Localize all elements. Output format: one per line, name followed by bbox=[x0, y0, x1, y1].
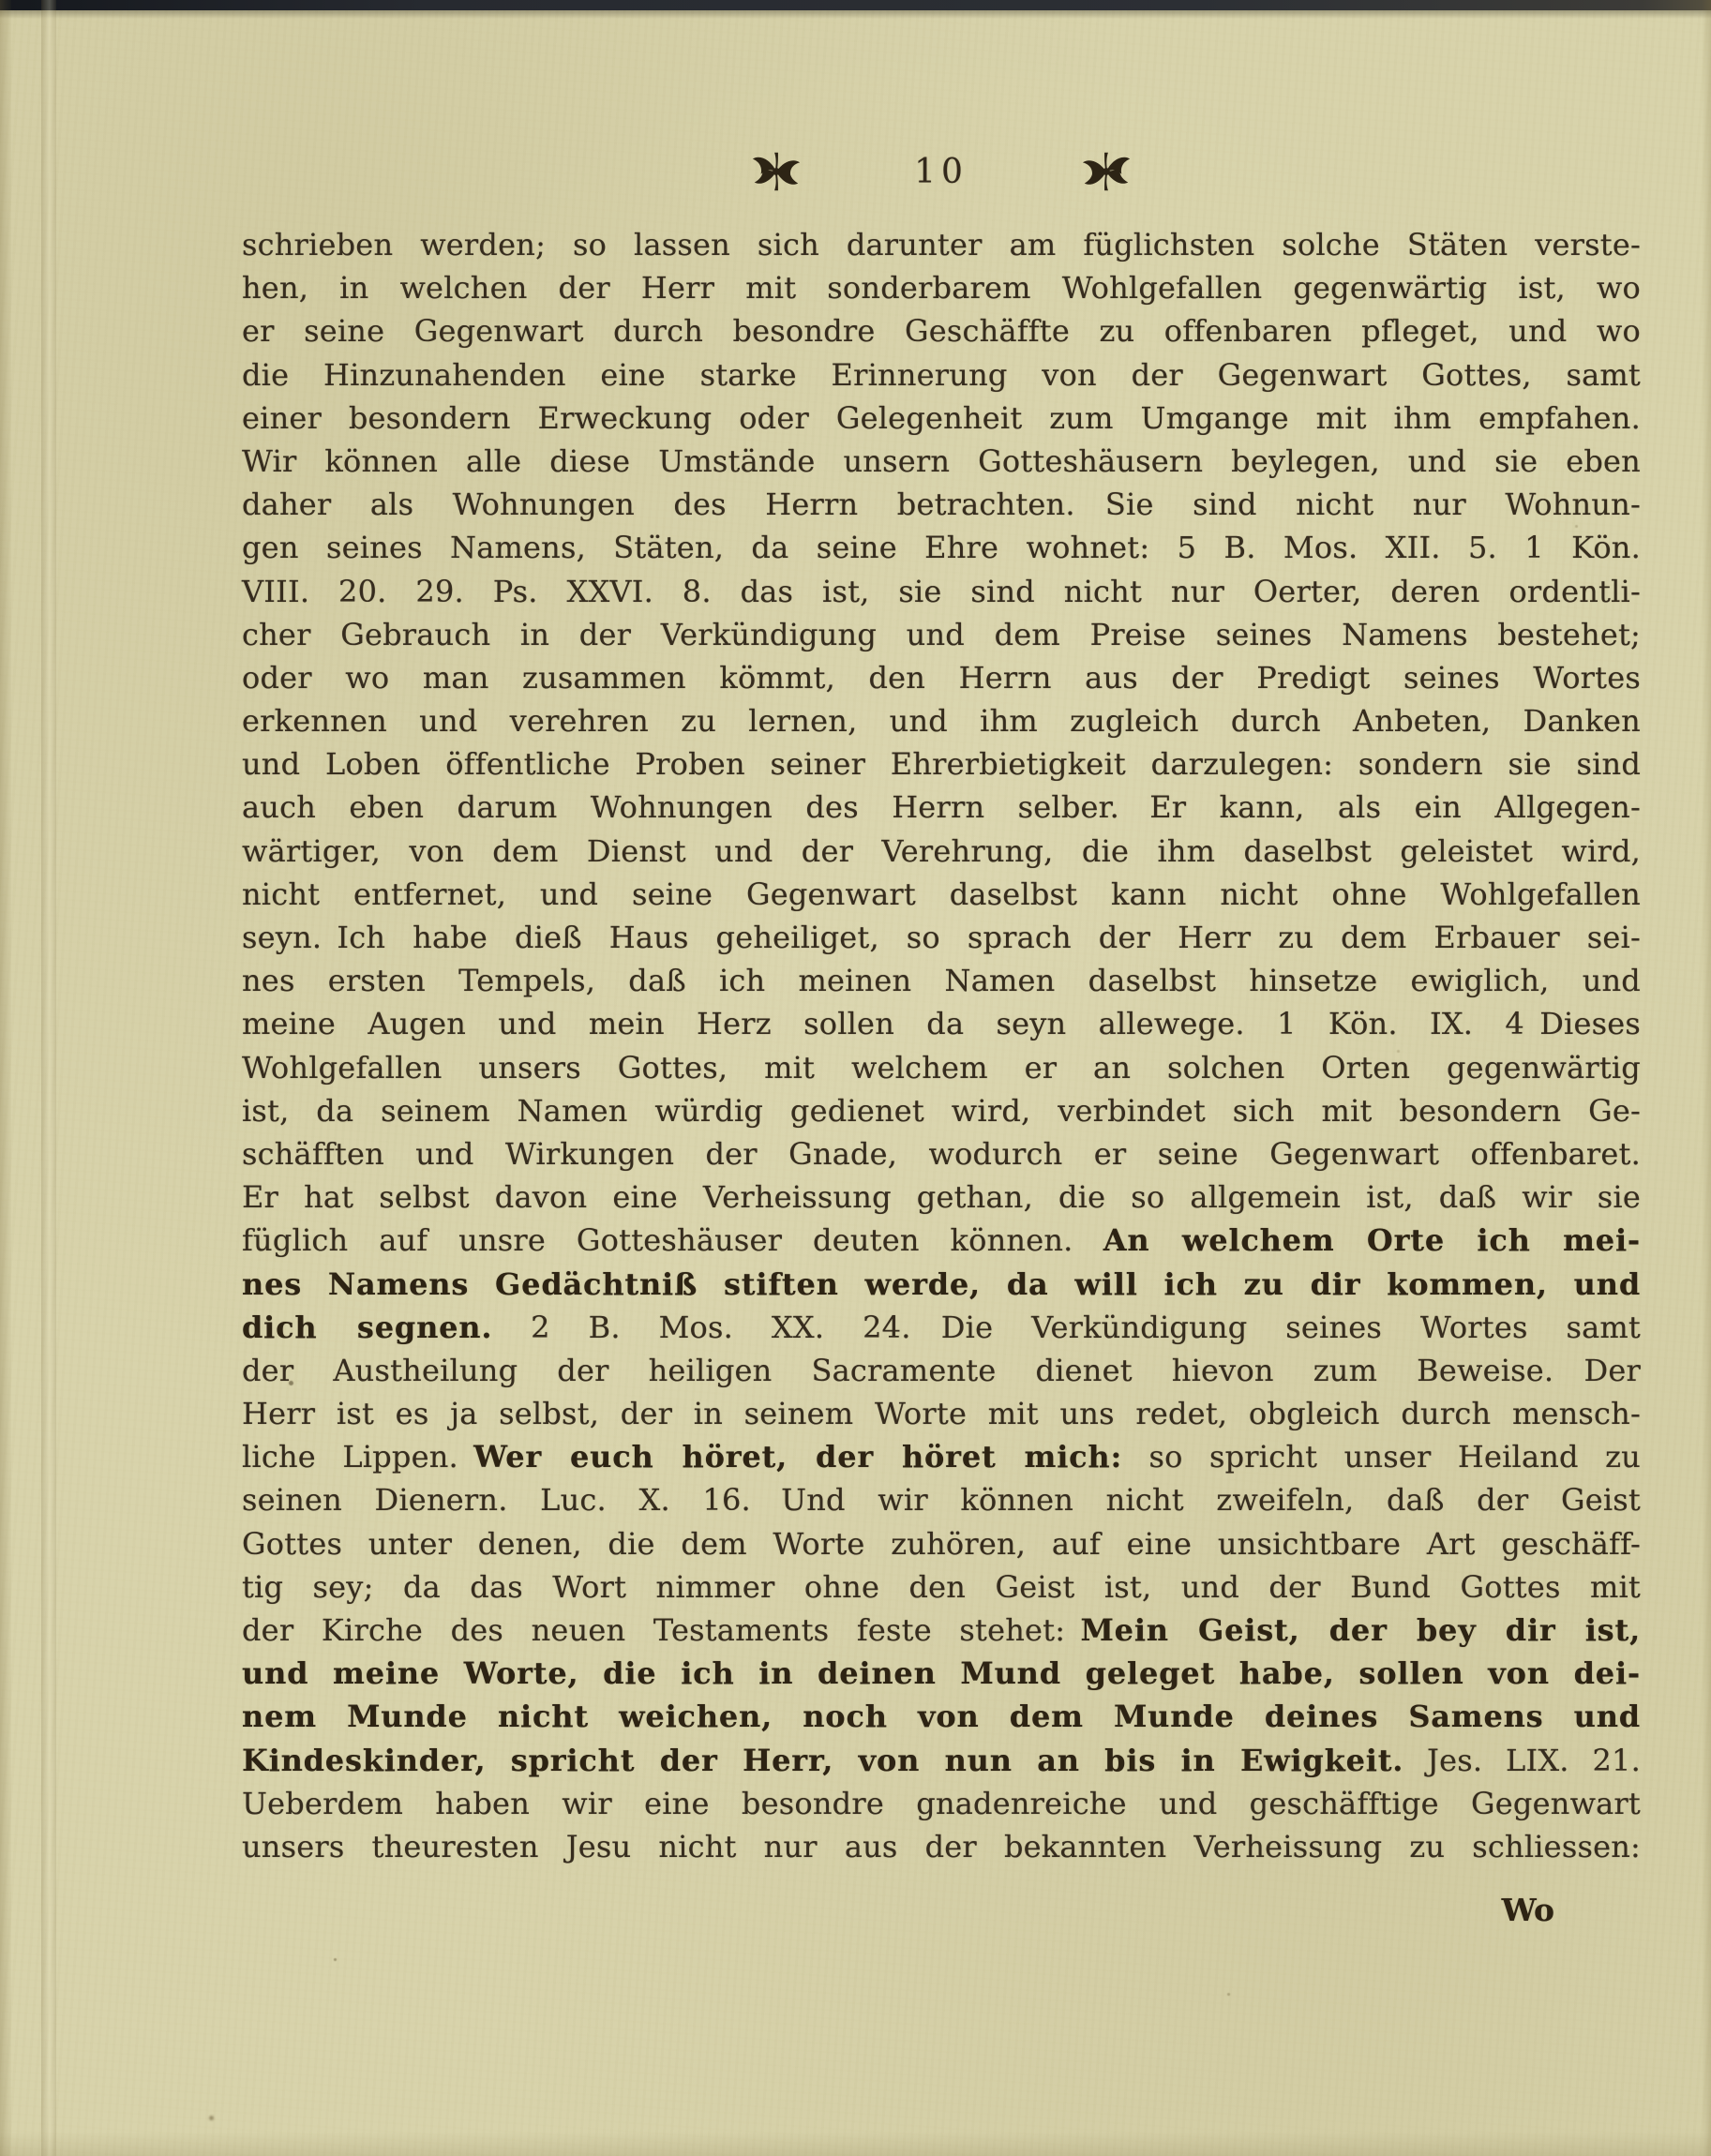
scan-dark-edge bbox=[0, 0, 1711, 10]
text-segment: Ueberdem haben wir eine besondre gnadenr… bbox=[242, 1786, 1641, 1821]
body-text-block: schrieben werden; so lassen sich darunte… bbox=[242, 223, 1641, 1932]
text-segment: auch eben darum Wohnungen des Herrn selb… bbox=[242, 789, 1641, 825]
text-line: unsers theuresten Jesu nicht nur aus der… bbox=[242, 1825, 1641, 1868]
text-segment: Herr ist es ja selbst, der in seinem Wor… bbox=[242, 1396, 1641, 1431]
emphasized-text-segment: und meine Worte, die ich in deinen Mund … bbox=[242, 1655, 1641, 1691]
text-segment: Jes. LIX. 21. bbox=[1403, 1743, 1641, 1778]
text-line: die Hinzunahenden eine starke Erinnerung… bbox=[242, 353, 1641, 397]
text-line: meine Augen und mein Herz sollen da seyn… bbox=[242, 1002, 1641, 1045]
text-segment: schrieben werden; so lassen sich darunte… bbox=[242, 227, 1641, 262]
text-line: der Kirche des neuen Testaments feste st… bbox=[242, 1609, 1641, 1652]
text-segment: Gottes unter denen, die dem Worte zuhöre… bbox=[242, 1526, 1641, 1562]
text-line: liche Lippen. Wer euch höret, der höret … bbox=[242, 1435, 1641, 1478]
text-line: erkennen und verehren zu lernen, und ihm… bbox=[242, 699, 1641, 742]
emphasized-text-segment: dich segnen. bbox=[242, 1310, 492, 1345]
text-line: cher Gebrauch in der Verkündigung und de… bbox=[242, 613, 1641, 656]
text-segment: seyn. Ich habe dieß Haus geheiliget, so … bbox=[242, 920, 1641, 955]
text-line: und meine Worte, die ich in deinen Mund … bbox=[242, 1652, 1641, 1695]
text-line: und Loben öffentliche Proben seiner Ehre… bbox=[242, 742, 1641, 786]
text-segment: oder wo man zusammen kömmt, den Herrn au… bbox=[242, 660, 1641, 696]
catchword: Wo bbox=[242, 1889, 1641, 1932]
text-line: ist, da seinem Namen würdig gedienet wir… bbox=[242, 1089, 1641, 1132]
text-line: einer besondern Erweckung oder Gelegenhe… bbox=[242, 397, 1641, 440]
emphasized-text-segment: An welchem Orte ich mei- bbox=[1103, 1222, 1641, 1258]
text-line: schäfften und Wirkungen der Gnade, wodur… bbox=[242, 1132, 1641, 1175]
printers-fleuron-icon bbox=[1079, 150, 1133, 193]
text-line: nes Namens Gedächtniß stiften werde, da … bbox=[242, 1263, 1641, 1306]
text-line: auch eben darum Wohnungen des Herrn selb… bbox=[242, 786, 1641, 829]
text-line: seinen Dienern. Luc. X. 16. Und wir könn… bbox=[242, 1478, 1641, 1521]
text-segment: Er hat selbst davon eine Verheissung get… bbox=[242, 1179, 1641, 1215]
text-line: seyn. Ich habe dieß Haus geheiliget, so … bbox=[242, 916, 1641, 959]
emphasized-text-segment: Mein Geist, der bey dir ist, bbox=[1080, 1612, 1641, 1648]
text-line: gen seines Namens, Stäten, da seine Ehre… bbox=[242, 526, 1641, 569]
text-segment: nicht entfernet, und seine Gegenwart das… bbox=[242, 876, 1641, 912]
text-line: tig sey; da das Wort nimmer ohne den Gei… bbox=[242, 1565, 1641, 1609]
text-line: oder wo man zusammen kömmt, den Herrn au… bbox=[242, 656, 1641, 699]
text-segment: er seine Gegenwart durch besondre Geschä… bbox=[242, 313, 1641, 349]
printers-fleuron-icon bbox=[749, 150, 803, 193]
text-line: füglich auf unsre Gotteshäuser deuten kö… bbox=[242, 1219, 1641, 1262]
text-line: Herr ist es ja selbst, der in seinem Wor… bbox=[242, 1392, 1641, 1435]
paper-specks bbox=[0, 0, 3, 3]
emphasized-text-segment: Kindeskinder, spricht der Herr, von nun … bbox=[242, 1743, 1403, 1778]
text-lines: schrieben werden; so lassen sich darunte… bbox=[242, 223, 1641, 1868]
text-line: Wohlgefallen unsers Gottes, mit welchem … bbox=[242, 1046, 1641, 1089]
page-header: 10 bbox=[242, 142, 1641, 201]
page-right-edge bbox=[1702, 0, 1711, 2156]
text-segment: erkennen und verehren zu lernen, und ihm… bbox=[242, 703, 1641, 739]
paper-crease bbox=[41, 0, 56, 2156]
scan-edge-shadow bbox=[0, 10, 1711, 19]
text-segment: füglich auf unsre Gotteshäuser deuten kö… bbox=[242, 1222, 1103, 1258]
text-segment: unsers theuresten Jesu nicht nur aus der… bbox=[242, 1829, 1641, 1864]
text-segment: Wir können alle diese Umstände unsern Go… bbox=[242, 443, 1641, 479]
text-segment: so spricht unser Heiland zu bbox=[1122, 1439, 1641, 1475]
text-line: Kindeskinder, spricht der Herr, von nun … bbox=[242, 1739, 1641, 1782]
page-number: 10 bbox=[914, 153, 968, 191]
text-line: dich segnen. 2 B. Mos. XX. 24. Die Verkü… bbox=[242, 1306, 1641, 1349]
text-segment: ist, da seinem Namen würdig gedienet wir… bbox=[242, 1093, 1641, 1129]
text-line: wärtiger, von dem Dienst und der Verehru… bbox=[242, 830, 1641, 873]
text-segment: hen, in welchen der Herr mit sonderbarem… bbox=[242, 270, 1641, 306]
text-line: VIII. 20. 29. Ps. XXVI. 8. das ist, sie … bbox=[242, 570, 1641, 613]
text-segment: schäfften und Wirkungen der Gnade, wodur… bbox=[242, 1136, 1641, 1172]
text-line: er seine Gegenwart durch besondre Geschä… bbox=[242, 309, 1641, 352]
text-line: hen, in welchen der Herr mit sonderbarem… bbox=[242, 266, 1641, 309]
text-line: der Austheilung der heiligen Sacramente … bbox=[242, 1349, 1641, 1392]
text-line: daher als Wohnungen des Herrn betrachten… bbox=[242, 483, 1641, 526]
text-line: nes ersten Tempels, daß ich meinen Namen… bbox=[242, 959, 1641, 1002]
text-segment: die Hinzunahenden eine starke Erinnerung… bbox=[242, 357, 1641, 393]
book-page-scan: 10 schrieben werden; so lassen sich daru… bbox=[0, 0, 1711, 2156]
text-line: schrieben werden; so lassen sich darunte… bbox=[242, 223, 1641, 266]
text-segment: gen seines Namens, Stäten, da seine Ehre… bbox=[242, 530, 1641, 565]
page-bottom-edge bbox=[0, 2132, 1711, 2156]
text-segment: liche Lippen. bbox=[242, 1439, 473, 1475]
page-left-edge bbox=[0, 0, 11, 2156]
text-segment: der Austheilung der heiligen Sacramente … bbox=[242, 1353, 1641, 1388]
emphasized-text-segment: nes Namens Gedächtniß stiften werde, da … bbox=[242, 1266, 1641, 1302]
emphasized-text-segment: Wer euch höret, der höret mich: bbox=[473, 1439, 1122, 1475]
text-segment: der Kirche des neuen Testaments feste st… bbox=[242, 1612, 1080, 1648]
text-segment: meine Augen und mein Herz sollen da seyn… bbox=[242, 1006, 1641, 1041]
text-segment: und Loben öffentliche Proben seiner Ehre… bbox=[242, 746, 1641, 782]
text-line: Gottes unter denen, die dem Worte zuhöre… bbox=[242, 1522, 1641, 1565]
text-line: Ueberdem haben wir eine besondre gnadenr… bbox=[242, 1782, 1641, 1825]
text-segment: einer besondern Erweckung oder Gelegenhe… bbox=[242, 400, 1641, 436]
text-segment: wärtiger, von dem Dienst und der Verehru… bbox=[242, 833, 1641, 869]
text-segment: Wohlgefallen unsers Gottes, mit welchem … bbox=[242, 1050, 1641, 1085]
text-segment: cher Gebrauch in der Verkündigung und de… bbox=[242, 617, 1641, 652]
text-line: Wir können alle diese Umstände unsern Go… bbox=[242, 440, 1641, 483]
text-line: nem Munde nicht weichen, noch von dem Mu… bbox=[242, 1695, 1641, 1738]
text-segment: tig sey; da das Wort nimmer ohne den Gei… bbox=[242, 1569, 1641, 1605]
text-line: Er hat selbst davon eine Verheissung get… bbox=[242, 1175, 1641, 1219]
text-segment: seinen Dienern. Luc. X. 16. Und wir könn… bbox=[242, 1482, 1641, 1518]
text-segment: nes ersten Tempels, daß ich meinen Namen… bbox=[242, 963, 1641, 998]
text-segment: VIII. 20. 29. Ps. XXVI. 8. das ist, sie … bbox=[242, 574, 1641, 609]
text-segment: daher als Wohnungen des Herrn betrachten… bbox=[242, 487, 1641, 522]
text-line: nicht entfernet, und seine Gegenwart das… bbox=[242, 873, 1641, 916]
text-segment: 2 B. Mos. XX. 24. Die Verkündigung seine… bbox=[492, 1310, 1641, 1345]
emphasized-text-segment: nem Munde nicht weichen, noch von dem Mu… bbox=[242, 1699, 1641, 1734]
